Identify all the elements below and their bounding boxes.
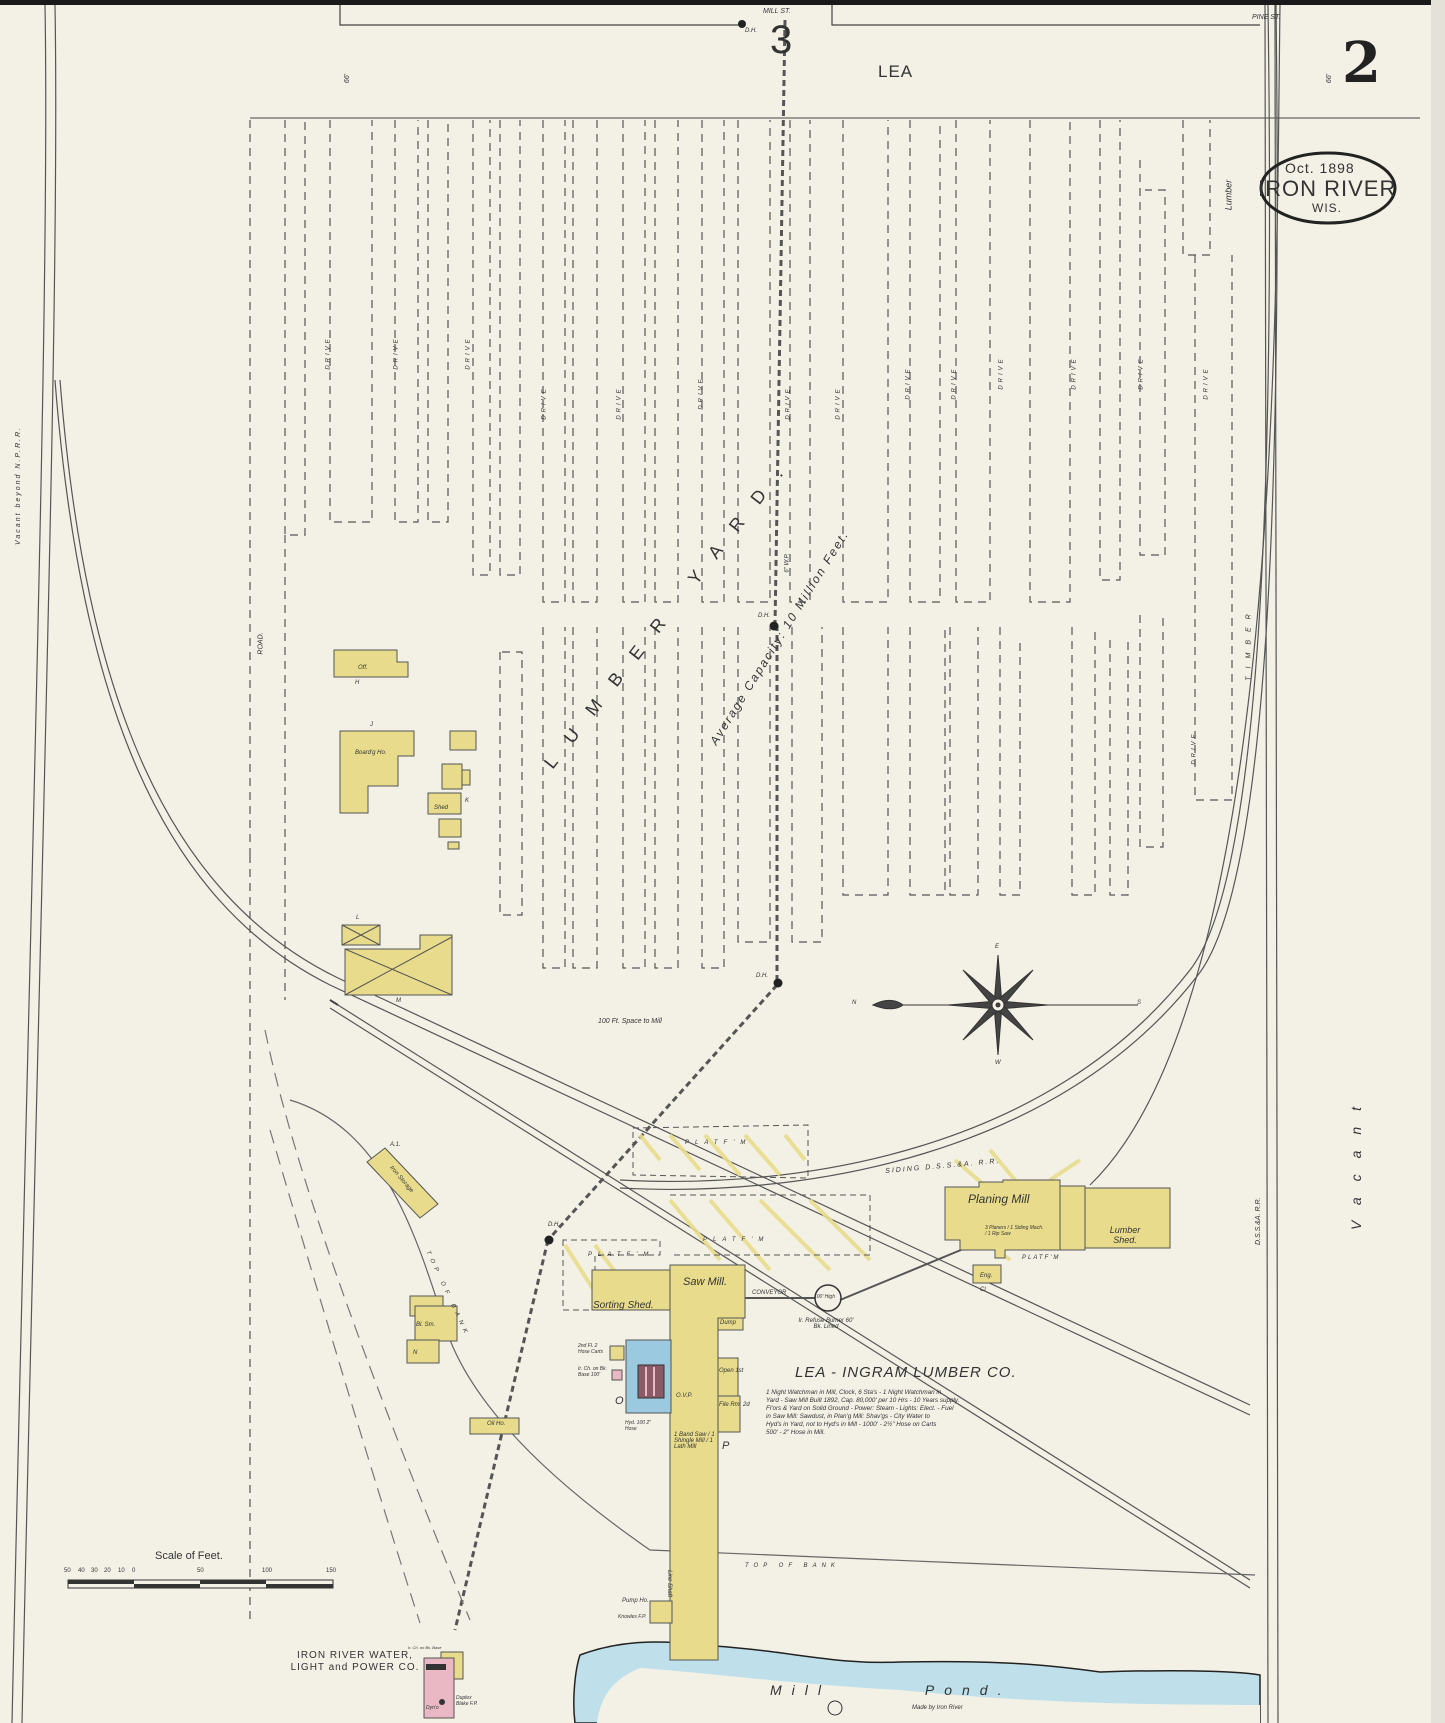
hydrant-label-mid: D.H. bbox=[758, 613, 770, 619]
oil-house-label: Oil Ho. bbox=[487, 1421, 505, 1427]
drive-label: DRIVE bbox=[906, 366, 912, 399]
platform-label-1: PLATF'M bbox=[685, 1140, 751, 1146]
building-a1-id: A.1. bbox=[390, 1142, 401, 1148]
conveyor-label: CONVEYOR bbox=[752, 1290, 786, 1296]
drive-label: DRIVE bbox=[542, 386, 548, 419]
company-note-line: in Saw Mill: Sawdust, in Plan'g Mill: Sh… bbox=[766, 1413, 959, 1421]
scale-tick: 40 bbox=[78, 1568, 85, 1574]
building-h-id: H bbox=[355, 680, 359, 686]
scale-ticks: 50 40 30 20 10 0 50 100 150 bbox=[64, 1568, 339, 1578]
drive-label: DRIVE bbox=[394, 336, 400, 369]
compass-e: E bbox=[995, 944, 999, 950]
hydrant-label-mill: D.H. bbox=[548, 1222, 560, 1228]
drive-label: DRIVE bbox=[1139, 356, 1145, 389]
scale-tick: 50 bbox=[64, 1568, 71, 1574]
pump-house-label: Pump Ho. bbox=[622, 1598, 649, 1604]
building-h-label: Off. bbox=[358, 665, 368, 671]
water-pipe-label: 6" W.P. bbox=[785, 553, 791, 572]
drive-label: DRIVE bbox=[836, 386, 842, 419]
line-shaft-label: Line Shaft bbox=[666, 1570, 672, 1597]
adjoining-sheet-number: 3 bbox=[770, 18, 792, 63]
hose-carts-label: 2nd Fl. 2 Hose Carts bbox=[578, 1343, 608, 1355]
compass-w: W bbox=[995, 1060, 1001, 1066]
sorting-shed-label: Sorting Shed. bbox=[593, 1300, 654, 1311]
dump-label: Dump bbox=[720, 1320, 736, 1326]
machinery-label: 1 Band Saw / 1 Shingle Mill / 1 Lath Mil… bbox=[674, 1432, 718, 1450]
company-note-line: 1 Night Watchman in Mill, Clock, 6 Sta's… bbox=[766, 1389, 959, 1397]
engine-house-id: Cl bbox=[980, 1287, 986, 1293]
compass-rose bbox=[873, 955, 1138, 1055]
drive-label: DRIVE bbox=[952, 366, 958, 399]
street-lea: LEA bbox=[878, 62, 913, 82]
compass-s: S bbox=[1137, 1000, 1141, 1006]
scale-tick: 30 bbox=[91, 1568, 98, 1574]
scale-title: Scale of Feet. bbox=[155, 1550, 223, 1562]
engine-house-label: Eng. bbox=[980, 1273, 992, 1279]
drive-label: DRIVE bbox=[1192, 731, 1198, 764]
platform-label-3: PLATF'M bbox=[588, 1252, 654, 1258]
ovp-label: O.V.P. bbox=[676, 1393, 692, 1399]
street-width-left: 66' bbox=[344, 74, 351, 83]
lumber-yard-timber: TIMBER bbox=[1246, 606, 1253, 680]
company-name: LEA - INGRAM LUMBER CO. bbox=[795, 1364, 1017, 1381]
chimney-label: Ir. Ch. on Bk. Base 100' bbox=[578, 1366, 610, 1378]
road-label: ROAD. bbox=[258, 632, 265, 654]
drive-label: DRIVE bbox=[786, 386, 792, 419]
drive-label: DRIVE bbox=[1204, 366, 1210, 399]
saw-mill-label: Saw Mill. bbox=[683, 1276, 727, 1288]
burner-height-label: 100' High bbox=[814, 1294, 835, 1300]
pond-note: Made by Iron River bbox=[912, 1705, 963, 1711]
hydrant-label-top: D.H. bbox=[745, 28, 757, 34]
lumber-yard-lumber: Lumber bbox=[1223, 180, 1233, 211]
scale-tick: 20 bbox=[104, 1568, 111, 1574]
street-width-right: 66' bbox=[1326, 74, 1333, 83]
building-n-label: Bl. Sm. bbox=[416, 1322, 435, 1328]
top-of-bank-label: TOP OF BANK bbox=[745, 1563, 840, 1569]
file-room-label: File Rm. 2d bbox=[719, 1402, 750, 1408]
street-mill: MILL ST. bbox=[763, 8, 791, 15]
vacant-right-label: Vacant bbox=[1348, 1091, 1364, 1230]
platform-label-2: PLATF'M bbox=[703, 1237, 769, 1243]
scan-border-right bbox=[1431, 0, 1445, 1723]
scale-tick: 100 bbox=[262, 1568, 272, 1574]
company-note-line: Fl'ors & Yard on Solid Ground - Power: S… bbox=[766, 1405, 959, 1413]
company-note-line: 500' - 2" Hose in Mill. bbox=[766, 1429, 959, 1437]
mill-pond-label: Mill Pond. bbox=[770, 1682, 1011, 1698]
cartouche-town: IRON RIVER bbox=[1258, 176, 1396, 202]
drive-label: DRIVE bbox=[617, 386, 623, 419]
street-pine: PINE ST. bbox=[1252, 14, 1281, 21]
sheet-number: 2 bbox=[1342, 30, 1381, 96]
cartouche-state: WIS. bbox=[1312, 201, 1342, 215]
building-m-id: M bbox=[396, 998, 401, 1004]
water-company-name: IRON RIVER WATER, LIGHT and POWER CO. bbox=[290, 1650, 420, 1674]
building-p-id: P bbox=[722, 1440, 729, 1452]
knowles-pump-label: Knowles F.P. bbox=[618, 1614, 646, 1620]
vacant-beyond-nprr: Vacant beyond N.P.R.R. bbox=[15, 426, 22, 545]
compass-n: N bbox=[852, 1000, 856, 1006]
company-notes: 1 Night Watchman in Mill, Clock, 6 Sta's… bbox=[766, 1389, 959, 1437]
lumber-yard-space-note: 100 Ft. Space to Mill bbox=[598, 1018, 662, 1025]
scale-tick: 0 bbox=[132, 1568, 135, 1574]
burner-note: Ir. Refuse Burner 60' Bk. Lined bbox=[796, 1318, 856, 1330]
cartouche-date: Oct. 1898 bbox=[1285, 160, 1355, 176]
building-j-id: J bbox=[370, 722, 373, 728]
hydrant-label-low: D.H. bbox=[756, 973, 768, 979]
building-l-id: L bbox=[356, 915, 359, 921]
map-linework bbox=[0, 0, 1445, 1723]
platform-label-4: PLATF'M bbox=[1022, 1255, 1060, 1261]
drive-label: DRIVE bbox=[466, 336, 472, 369]
drive-label: DRIVE bbox=[1072, 356, 1078, 389]
water-co-chimney-label: Ir. Ch. on Bk. Base bbox=[408, 1645, 441, 1650]
water-co-pump-label: Duplex Blake F.P. bbox=[456, 1695, 480, 1707]
building-j-label: Board'g Ho. bbox=[355, 750, 387, 756]
scale-tick: 10 bbox=[118, 1568, 125, 1574]
water-co-dynamo-label: Dyn'o bbox=[426, 1705, 439, 1711]
scale-tick: 50 bbox=[197, 1568, 204, 1574]
planers-label: 3 Planers / 1 Siding Mach. / 1 Rip Saw bbox=[985, 1225, 1045, 1237]
drive-label: DRIVE bbox=[999, 356, 1005, 389]
scale-bar bbox=[68, 1580, 333, 1588]
hydrant-hose-label: Hyd. 100 2" Hose bbox=[625, 1420, 655, 1432]
building-k-id: K bbox=[465, 798, 469, 804]
building-o-id: O bbox=[615, 1395, 624, 1407]
drive-label: DRIVE bbox=[699, 376, 705, 409]
building-n-id: N bbox=[413, 1350, 417, 1356]
open-first-label: Open 1st bbox=[719, 1368, 743, 1374]
company-note-line: Hyd's in Yard, not to Hyd's in Mill - 10… bbox=[766, 1421, 959, 1429]
company-note-line: Yard - Saw Mill Built 1892, Cap. 80,000'… bbox=[766, 1397, 959, 1405]
drive-label: DRIVE bbox=[326, 336, 332, 369]
lumber-shed-label: Lumber Shed. bbox=[1100, 1225, 1150, 1245]
planing-mill-label: Planing Mill bbox=[968, 1192, 1029, 1206]
building-k-label: Shed bbox=[434, 805, 448, 811]
scale-tick: 150 bbox=[326, 1568, 336, 1574]
dssa-rr-label: D.S.S.&A. R.R. bbox=[1255, 1198, 1262, 1245]
